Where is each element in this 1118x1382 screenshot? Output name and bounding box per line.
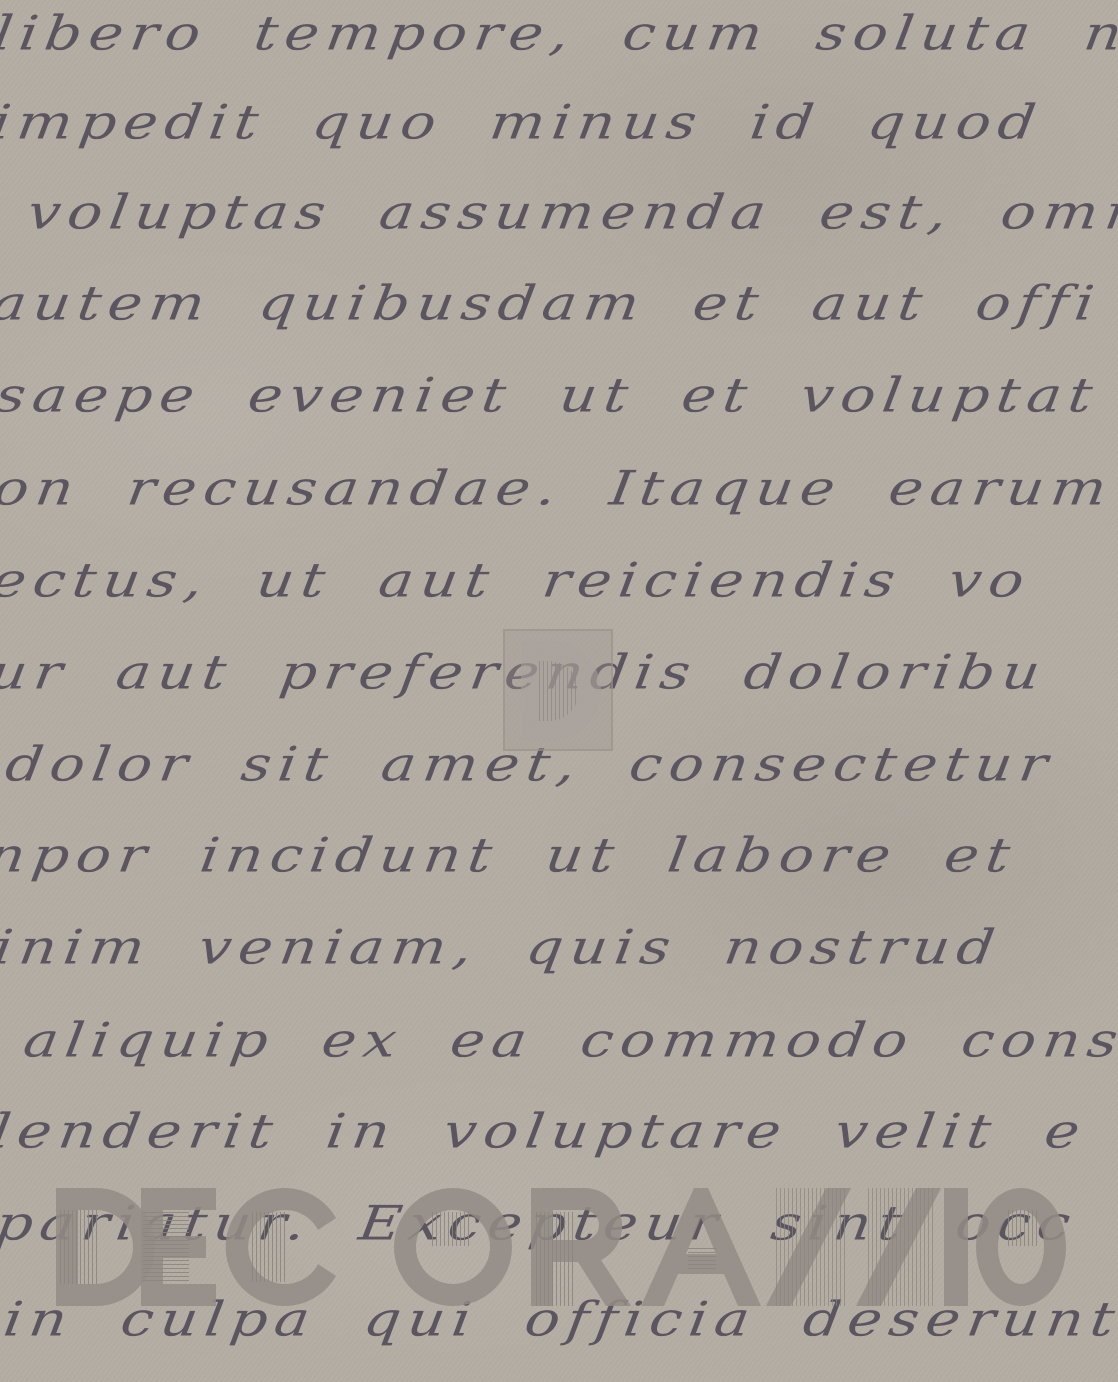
- logo-stripe-fill: [539, 661, 579, 721]
- script-line: ectus, ut aut reiciendis vo: [0, 556, 1034, 604]
- logo-letter-shape: [521, 641, 601, 741]
- script-line: impedit quo minus id quod: [0, 98, 1046, 146]
- decorazio-brand-watermark: [56, 1188, 1066, 1306]
- script-line: libero tempore, cum soluta no: [0, 9, 1118, 57]
- wallpaper-sample: libero tempore, cum soluta no impedit qu…: [0, 0, 1118, 1382]
- script-line: aliquip ex ea commodo conseq: [21, 1016, 1118, 1064]
- d-logo-watermark-icon: [503, 629, 613, 751]
- script-line: lenderit in voluptare velit e: [0, 1107, 1090, 1155]
- script-line: npor incidunt ut labore et: [0, 831, 1020, 879]
- brand-watermark-letters: [56, 1188, 1066, 1306]
- script-line: autem quibusdam et aut offi: [0, 279, 1104, 327]
- script-line: inim veniam, quis nostrud: [0, 923, 1004, 971]
- script-line: voluptas assumenda est, omn: [25, 188, 1118, 236]
- script-line: saepe eveniet ut et voluptat: [0, 371, 1102, 419]
- script-line: on recusandae. Itaque earum: [0, 464, 1117, 512]
